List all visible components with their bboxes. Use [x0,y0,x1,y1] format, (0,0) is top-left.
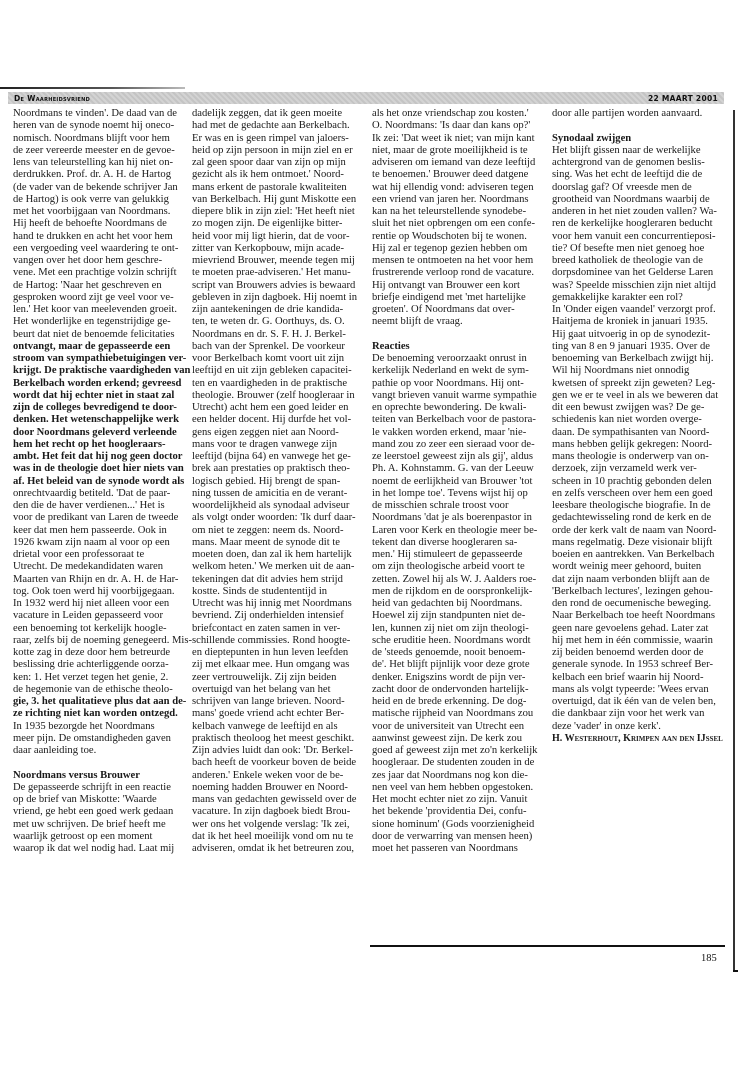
text-line: Noordmans en dr. S. F. H. J. Berkel- [192,329,368,341]
text-line: ken: 1. Het verzet tegen het genie, 2. [13,672,189,684]
text-line: sluit het niet opbrengen om een confe- [372,218,548,230]
text-line: Het mocht echter niet zo zijn. Vanuit [372,794,548,806]
text-line: mans voor te dragen vanwege zijn [192,439,368,451]
text-line: daar aanleiding toe. [13,745,189,757]
text-line: gie, 3. het qualitatieve plus dat aan de… [13,696,189,708]
text-line: doorslag gaf? Of vreesde men de [552,182,728,194]
text-line: was? Speelde misschien zijn niet altijd [552,280,728,292]
text-line: een benoeming tot kerkelijk hoogle- [13,623,189,635]
text-line: raar, zelfs bij de noeming genegeerd. Mi… [13,635,189,647]
text-line: dat zijn naam verbonden blijft aan de [552,574,728,586]
text-line: ting van 8 en 9 januari 1935. Over de [552,341,728,353]
text-line: le vakken worden erkend, maar 'nie- [372,427,548,439]
text-line: Naar Berkelbach toe heeft Noordmans [552,610,728,622]
text-line: door Noordmans geleverd verleende [13,427,189,439]
text-line: beslissing drie achterliggende oorza- [13,659,189,671]
text-line: briefje eindigend met 'met hartelijke [372,292,548,304]
text-line: Ik zei: 'Dat weet ik niet; van mijn kant [372,133,548,145]
text-line: groeten'. Of Noordmans dat over- [372,304,548,316]
text-line: ten en vaardigheden in de praktische [192,378,368,390]
text-line: kan na het teleurstellende synodebe- [372,206,548,218]
text-line: woordelijkheid als synodaal adviseur [192,500,368,512]
paragraph-spacer [13,757,189,769]
running-header: De Waarheidsvriend 22 MAART 2001 [8,92,724,104]
article-column-2: dadelijk zeggen, dat ik geen moeitehad m… [192,108,368,855]
text-line: denken. Het wetenschappelijke werk [13,414,189,426]
text-line: len.' Het koor van meelevenden groeit. [13,304,189,316]
text-line: adviseren om iemand van deze leeftijd [372,157,548,169]
text-line: kerkelijk Nederland en wekt de sym- [372,365,548,377]
text-line: men.' Hij stimuleert de gepasseerde [372,549,548,561]
text-line: zacht door de ondervonden hartelijk- [372,684,548,696]
text-line: In 'Onder eigen vaandel' verzorgt prof. [552,304,728,316]
text-line: anderen in het niet zouden vallen? Wa- [552,206,728,218]
text-line: zo mogen zijn. De eigenlijke bitter- [192,218,368,230]
text-line: Utrecht) acht hem een goed leider en [192,402,368,414]
text-line: denker. Enigszins wordt de pijn ver- [372,672,548,684]
text-line: als het onze vriendschap zou kosten.' [372,108,548,120]
text-line: een vergoeding veel waardering te ont- [13,243,189,255]
text-line: sione hominum' (Gods voorzienigheid [372,819,548,831]
text-line: waarlijk getroost op een moment [13,831,189,843]
text-line: Laren voor Kerk en theologie meer be- [372,525,548,537]
text-line: dadelijk zeggen, dat ik geen moeite [192,108,368,120]
text-line: leesbare theologische biografie. In de [552,500,728,512]
text-line: goed af geweest zijn met zo'n kerkelijk [372,745,548,757]
text-line: grootheid van Noordmans waarbij de [552,194,728,206]
text-line: Noordmans te vinden'. De daad van de [13,108,189,120]
text-line: zetten. Zowel hij als W. J. Aalders roe- [372,574,548,586]
text-line: vriend, ge hebt een goed werk gedaan [13,806,189,818]
text-line: en dieptepunten in hun leven leefden [192,647,368,659]
text-line: heid voor mij ligt hierin, dat de voor- [192,231,368,243]
text-line: mans van gedachten gewisseld over de [192,794,368,806]
text-line: Het wonderlijke en tegenstrijdige ge- [13,316,189,328]
text-line: Hij ontvangt van Brouwer een kort [372,280,548,292]
text-line: Hij heeft de behoefte Noordmans de [13,218,189,230]
text-line: vacature in Leiden gepasseerd voor [13,610,189,622]
text-line: zijn aantekeningen de drie kandida- [192,304,368,316]
text-line: len, kunnen zij niet om zijn theologi- [372,623,548,635]
section-heading: Reacties [372,341,548,353]
text-line: den rond de oecumenische beweging. [552,598,728,610]
text-line: brek aan prestaties op praktisch theo- [192,463,368,475]
text-line: ontvangt, maar de gepasseerde een [13,341,189,353]
text-line: keer dat men hem passeerde. Ook in [13,525,189,537]
text-line: gesproken woord zijt ge veel voor ve- [13,292,189,304]
text-line: 1926 kwam zijn naam al voor op een [13,537,189,549]
text-line: beurt dat niet de benoemde felicitaties [13,329,189,341]
text-line: zij beiden benoemd werden door de [552,647,728,659]
text-line: bach heeft de voorkeur boven de beide [192,757,368,769]
text-line: gezicht als ik hem ontmoet.' Noord- [192,169,368,181]
text-line: mans theologie is onderwerp van on- [552,451,728,463]
text-line: hoogleraar. De studenten zouden in de [372,757,548,769]
text-line: De benoeming veroorzaakt onrust in [372,353,548,365]
text-line: hij met hem in één commissie, waarin [552,635,728,647]
text-line: adviseren, omdat ik het betreuren zou, [192,843,368,855]
text-line: heren van de synode noemt hij oneco- [13,120,189,132]
text-line: theologie. Brouwer (zelf hoogleraar in [192,390,368,402]
text-line: In 1935 bezorgde het Noordmans [13,721,189,733]
text-line: heid en de brede erkenning. De dog- [372,696,548,708]
text-line: achtergrond van de genomen beslis- [552,157,728,169]
text-line: stroom van sympathiebetuigingen ver- [13,353,189,365]
text-line: hand te drukken en acht het voor hem [13,231,189,243]
text-line: noemt de eerlijkheid van Brouwer 'tot [372,476,548,488]
paragraph-spacer [552,120,728,132]
text-line: zij met elkaar mee. Hun omgang was [192,659,368,671]
text-line: wordt weinig meer gehoord, buiten [552,561,728,573]
text-line: door de verwarring van mensen heen) [372,831,548,843]
text-line: Utrecht. De medekandidaten waren [13,561,189,573]
text-line: die dankbaar zijn voor het werk van [552,708,728,720]
text-line: nomisch. Noordmans blijft voor hem [13,133,189,145]
text-line: dit een bewust zwijgen was? De ge- [552,402,728,414]
text-line: bevriend. Zij onderhielden intensief [192,610,368,622]
text-line: de hegemonie van de ethische theolo- [13,684,189,696]
author-signature: H. Westerhout, Krimpen aan den IJssel [552,733,728,745]
section-heading: Noordmans versus Brouwer [13,770,189,782]
text-line: krijgt. De praktische vaardigheden van [13,365,189,377]
text-line: in het lompe toe'. Tevens wijst hij op [372,488,548,500]
text-line: de Hartog) is ook verre van gelukkig [13,194,189,206]
text-line: Hij zal er tegenop gezien hebben om [372,243,548,255]
text-line: de Hartog: 'Naar het geschreven en [13,280,189,292]
text-line: Maarten van Rhijn en dr. A. H. de Har- [13,574,189,586]
text-line: ze richting niet kan worden ontzegd. [13,708,189,720]
text-line: moet het passeren van Noordmans [372,843,548,855]
text-line: briefcontact en zaten samen in ver- [192,623,368,635]
text-line: door alle partijen worden aanvaard. [552,108,728,120]
text-line: gens eigen zeggen niet aan Noord- [192,427,368,439]
text-line: mand zou zo zeer een sieraad voor de- [372,439,548,451]
article-column-3: als het onze vriendschap zou kosten.'O. … [372,108,548,855]
text-line: sing. Was het echt de leeftijd die de [552,169,728,181]
footer-rule [370,945,725,947]
text-line: script van Brouwers advies is bewaard [192,280,368,292]
text-line: meer pijn. De omstandigheden gaven [13,733,189,745]
text-line: schillende commissies. Rond hoogte- [192,635,368,647]
text-line: moeten doen, dan zal ik hem hartelijk [192,549,368,561]
publication-title: De Waarheidsvriend [14,94,90,103]
text-line: men de rijkdom en de oorspronkelijk- [372,586,548,598]
text-line: de misschien schrale troost voor [372,500,548,512]
text-line: Noordmans 'dat je als boerenpastor in [372,512,548,524]
text-line: heid op zijn persoon in mijn ziel en er [192,145,368,157]
text-line: Wil hij Noordmans niet onnodig [552,365,728,377]
text-line: mans erkent de pastorale kwaliteiten [192,182,368,194]
text-line: neemt blijft de vraag. [372,316,548,328]
text-line: Utrecht was hij innig met Noordmans [192,598,368,610]
text-line: overtuigd van het belang van het [192,684,368,696]
text-line: hem het recht op het hoogleraars- [13,439,189,451]
text-line: zal geen spoor daar van zijn op mijn [192,157,368,169]
text-line: de 'steeds genoemde, nooit benoem- [372,647,548,659]
text-line: te benoemen.' Brouwer deed datgene [372,169,548,181]
text-line: gebleven in zijn dagboek. Hij noemt in [192,292,368,304]
text-line: kotte zag in deze door hem betreurde [13,647,189,659]
text-line: gemakkelijke karakter een rol? [552,292,728,304]
text-line: leeftijd en uit zijn gebleken capacitei- [192,365,368,377]
text-line: matische rijpheid van Noordmans zou [372,708,548,720]
text-line: ren de kerkelijke hoogleraren beducht [552,218,728,230]
text-line: kwetsen of spreekt zijn geweten? Leg- [552,378,728,390]
text-line: scheen in 10 prachtig gebonden delen [552,476,728,488]
section-heading: Synodaal zwijgen [552,133,728,145]
text-line: rentie op Woudschoten bij te wonen. [372,231,548,243]
text-line: wer ons het volgende verslag: 'Ik zei, [192,819,368,831]
text-line: welkom heten.' We merken uit de aan- [192,561,368,573]
text-line: den die de haver verdienen...' Het is [13,500,189,512]
text-line: kelbach vanwege de leeftijd en als [192,721,368,733]
text-line: mans regelmatig. Deze visionair blijft [552,537,728,549]
paragraph-spacer [372,329,548,341]
text-line: als volgt onder woorden: 'Ik durf daar- [192,512,368,524]
text-line: geen nare gevoelens gehad. Later zat [552,623,728,635]
text-line: en zelfs verscheen over hem een goed [552,488,728,500]
text-line: O. Noordmans: 'Is daar dan kans op?' [372,120,548,132]
text-line: logisch gebied. Hij brengt de span- [192,476,368,488]
text-line: een helder docent. Hij durfde het vol- [192,414,368,426]
text-line: ze leerstoel geweest zijn als gij', aldu… [372,451,548,463]
text-line: wat hij ellendig vond: adviseren tegen [372,182,548,194]
text-line: het bekende 'providentia Dei, confu- [372,806,548,818]
text-line: wordt dat hij echter niet in staat zal [13,390,189,402]
text-line: was in de theologie doet hier niets van [13,463,189,475]
text-line: breed katholiek de theologie van de [552,255,728,267]
text-line: zijn de colleges bevredigend te door- [13,402,189,414]
text-line: nen veel van hem hebben opgestoken. [372,782,548,794]
text-line: Er was en is geen rimpel van jaloers- [192,133,368,145]
text-line: mans. Maar meent de synode dit te [192,537,368,549]
text-line: een vriend van jaren her. Noordmans [372,194,548,206]
text-line: mans' goede vriend acht echter Ber- [192,708,368,720]
text-line: vacature. In zijn dagboek biedt Brou- [192,806,368,818]
text-line: Het blijft gissen naar de werkelijke [552,145,728,157]
article-column-4: door alle partijen worden aanvaard.Synod… [552,108,728,745]
text-line: om zijn theologische arbeid voort te [372,561,548,573]
text-line: De gepasseerde schrijft in een reactie [13,782,189,794]
text-line: zeer vertrouwelijk. Zij zijn beiden [192,672,368,684]
text-line: en oprechte bewondering. De kwali- [372,402,548,414]
text-line: sche eruditie heen. Noordmans wordt [372,635,548,647]
text-line: kelbach een brief waarin hij Noord- [552,672,728,684]
text-line: had met de gedachte aan Berkelbach. [192,120,368,132]
text-line: zes jaar dat Noordmans nog kon die- [372,770,548,782]
text-line: lens van teleurstelling kan hij niet on- [13,157,189,169]
text-line: Haitjema de kroniek in januari 1935. [552,316,728,328]
text-line: drietal voor een professoraat te [13,549,189,561]
page-edge-rule [733,110,735,970]
text-line: zitter van Kerkopbouw, mijn acade- [192,243,368,255]
text-line: mans als volgt typeerde: 'Wees ervan [552,684,728,696]
text-line: schrijven van lange brieven. Noord- [192,696,368,708]
text-line: teiten van Berkelbach voor de pastora- [372,414,548,426]
text-line: orde der kerk valt de naam van Noord- [552,525,728,537]
text-line: om niet te zeggen: neem ds. Noord- [192,525,368,537]
text-line: boeien en aantrekken. Van Berkelbach [552,549,728,561]
text-line: voor hem vanuit een concurrentieposi- [552,231,728,243]
text-line: niet, maar de grote moeilijkheid is te [372,145,548,157]
text-line: van Berkelbach. Hij gunt Miskotte een [192,194,368,206]
text-line: tie? Of besefte men niet genoeg hoe [552,243,728,255]
text-line: kostte. Sinds de studententijd in [192,586,368,598]
text-line: met het voorbijgaan van Noordmans. [13,206,189,218]
text-line: derdrukken. Prof. dr. A. H. de Hartog [13,169,189,181]
text-line: Hoewel zij zijn standpunten niet de- [372,610,548,622]
text-line: mans hebben gelijk gekregen: Noord- [552,439,728,451]
text-line: benoeming van Berkelbach zwijgt hij. [552,353,728,365]
text-line: noeming hadden Brouwer en Noord- [192,782,368,794]
text-line: waarop ik dat wel nodig had. Laat mij [13,843,189,855]
text-line: dat ik het heel moeilijk vond om nu te [192,831,368,843]
text-line: generale synode. In 1953 schreef Ber- [552,659,728,671]
text-line: aanwinst geweest zijn. De kerk zou [372,733,548,745]
text-line: voor de universiteit van Utrecht een [372,721,548,733]
text-line: anderen.' Enkele weken voor de be- [192,770,368,782]
text-line: bach van der Sprenkel. De voorkeur [192,341,368,353]
text-line: ten, te weten dr. G. Oorthuys, ds. O. [192,316,368,328]
text-line: ning tussen de amicitia en de verant- [192,488,368,500]
text-line: Berkelbach worden erkend; gevreesd [13,378,189,390]
text-line: daan. De sympathisanten van Noord- [552,427,728,439]
text-line: vene. Met een prachtige volzin schrijft [13,267,189,279]
text-line: mievriend Brouwer, meende tegen mij [192,255,368,267]
text-line: vangt brieven vanuit warme sympathie [372,390,548,402]
text-line: met uw schrijven. De brief heeft me [13,819,189,831]
text-line: gedachtewisseling rond de kerk en de [552,512,728,524]
text-line: voor Berkelbach komt voort uit zijn [192,353,368,365]
text-line: af. Het beleid van de synode wordt als [13,476,189,488]
text-line: mensen te ontmoeten na het voor hem [372,255,548,267]
text-line: 'Berkelbach lectures', lezingen gehou- [552,586,728,598]
top-rule [0,87,185,89]
text-line: Hij gaat uitvoerig in op de synodezit- [552,329,728,341]
text-line: frustrerende verloop rond de vacature. [372,267,548,279]
text-line: pathie op voor Noordmans. Hij ont- [372,378,548,390]
issue-date: 22 MAART 2001 [648,94,718,103]
text-line: tog. Ook toen werd hij voorbijgegaan. [13,586,189,598]
text-line: ambt. Het feit dat hij nog geen doctor [13,451,189,463]
text-line: de zeer vereerde meester en de gevoe- [13,145,189,157]
text-line: voor de predikant van Laren de tweede [13,512,189,524]
text-line: (de vader van de bekende schrijver Jan [13,182,189,194]
text-line: tekeningen dat dit advies hem strijd [192,574,368,586]
text-line: vangen over het door hem geschre- [13,255,189,267]
text-line: op de brief van Miskotte: 'Waarde [13,794,189,806]
text-line: Zijn advies luidt dan ook: 'Dr. Berkel- [192,745,368,757]
text-line: derzoek, zijn verzameld werk ver- [552,463,728,475]
text-line: heid van gedachten bij Noordmans. [372,598,548,610]
text-line: gen we er te veel in als we beweren dat [552,390,728,402]
text-line: deze 'vader' in onze kerk'. [552,721,728,733]
text-line: te moeten prae-adviseren.' Het manu- [192,267,368,279]
text-line: overtuigd, dat ik één van de velen ben, [552,696,728,708]
page-corner-mark [733,970,738,972]
text-line: leeftijd (bijna 64) en vanwege het ge- [192,451,368,463]
text-line: schiedenis kan niet worden overge- [552,414,728,426]
article-column-1: Noordmans te vinden'. De daad van dehere… [13,108,189,855]
text-line: tekent dan diverse hoogleraren sa- [372,537,548,549]
page-number: 185 [701,953,717,964]
text-line: Ph. A. Kohnstamm. G. van der Leeuw [372,463,548,475]
text-line: praktisch theoloog het meest geschikt. [192,733,368,745]
text-line: onrechtvaardig betiteld. 'Dat de paar- [13,488,189,500]
text-line: de'. Het blijft pijnlijk voor deze grote [372,659,548,671]
text-line: diepere blik in zijn ziel: 'Het heeft ni… [192,206,368,218]
text-line: In 1932 werd hij niet alleen voor een [13,598,189,610]
text-line: dorpsdominee van het Gelderse Laren [552,267,728,279]
